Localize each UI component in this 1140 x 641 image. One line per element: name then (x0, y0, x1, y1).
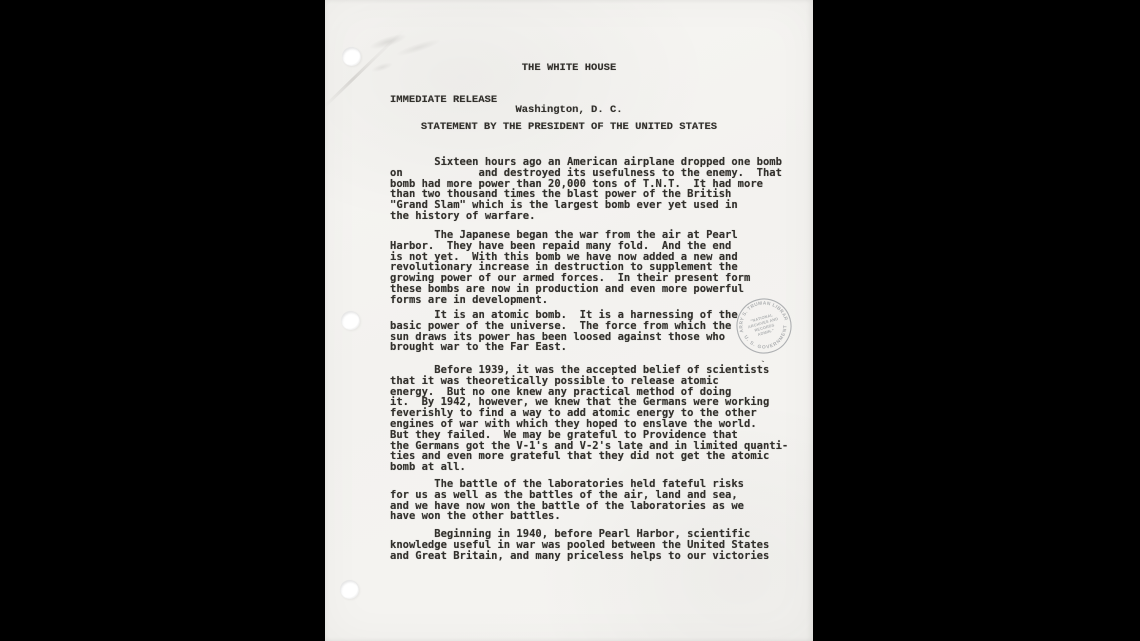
paragraph-3: It is an atomic bomb. It is a harnessing… (390, 310, 738, 353)
paragraph-5: The battle of the laboratories held fate… (390, 479, 744, 522)
letterhead-city: Washington, D. C. (325, 105, 813, 116)
scan-background: THE WHITE HOUSE Washington, D. C. IMMEDI… (0, 0, 1140, 641)
release-line: IMMEDIATE RELEASE (390, 95, 497, 106)
paragraph-6: Beginning in 1940, before Pearl Harbor, … (390, 529, 769, 561)
letterhead-org: THE WHITE HOUSE (325, 63, 813, 74)
document-title: STATEMENT BY THE PRESIDENT OF THE UNITED… (325, 122, 813, 133)
paragraph-1: Sixteen hours ago an American airplane d… (390, 157, 782, 222)
paragraph-2: The Japanese began the war from the air … (390, 230, 750, 306)
hole-punch-middle (341, 311, 360, 330)
hole-punch-bottom (340, 580, 359, 599)
paragraph-4: Before 1939, it was the accepted belief … (390, 365, 788, 473)
document-page: THE WHITE HOUSE Washington, D. C. IMMEDI… (325, 0, 813, 641)
hole-punch-top (342, 47, 361, 66)
